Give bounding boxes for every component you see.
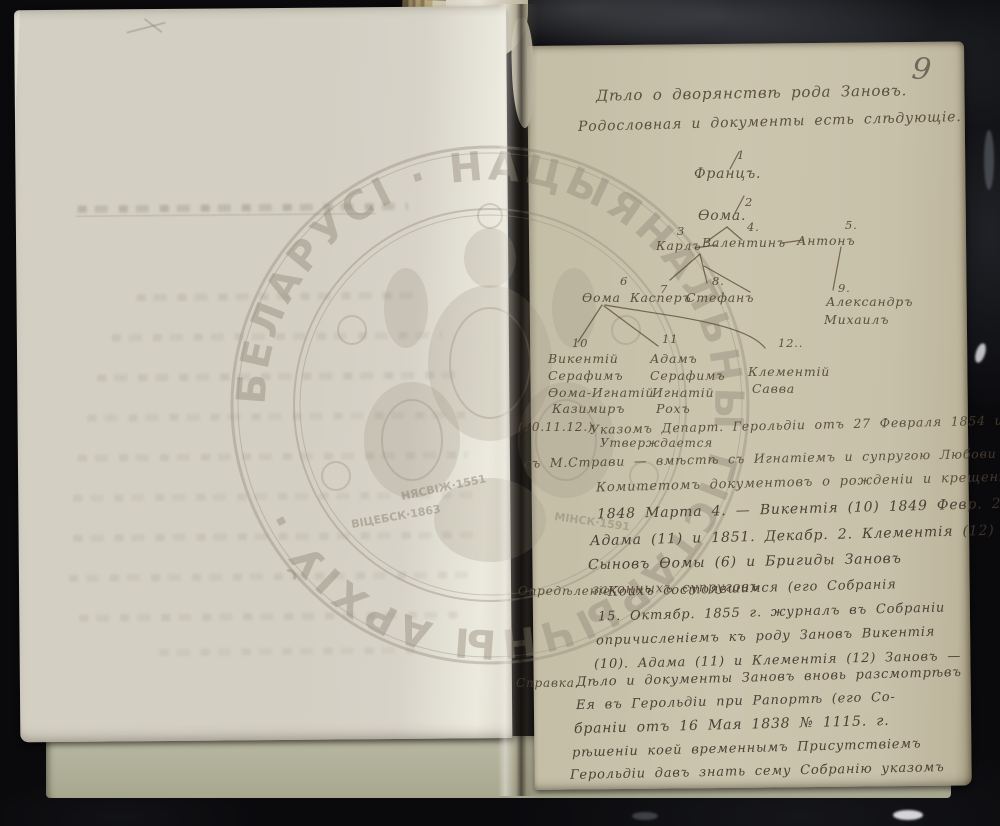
bleed-through-line	[97, 371, 457, 381]
left-page	[14, 6, 512, 742]
tree-name-vikentiy: Викентій	[548, 351, 619, 366]
bleed-through-line	[137, 292, 417, 301]
tree-name-mikhail: Михаилъ	[824, 312, 889, 327]
tree-name-valentin: Валентинъ	[702, 235, 786, 250]
folio-number: 9	[910, 51, 933, 88]
tree-name-rokh: Рохъ	[656, 401, 691, 416]
tree-name-karl: Карлъ	[656, 238, 701, 253]
tree-name-aleksandr: Александръ	[826, 294, 913, 309]
bleed-through-line	[112, 332, 442, 342]
tree-name-serafim-1: Серафимъ	[548, 368, 623, 383]
tree-name-serafim-2: Серафимъ	[650, 368, 725, 383]
tree-number-8: 8.	[712, 274, 725, 288]
tree-number-5: 5.	[845, 218, 858, 232]
tree-number-6: 6	[620, 274, 628, 288]
bleed-through-line	[88, 411, 468, 421]
archival-scan: БЕЛАРУСІ · НАЦЫЯНАЛЬНЫ ГІСТАРЫЧНЫ АРХІЎ …	[0, 0, 1000, 826]
tree-name-stefan: Стефанъ	[686, 290, 754, 305]
tree-name-kasper: Касперъ	[630, 290, 692, 305]
margin-note-opredelenie: Опредѣленіе	[518, 584, 611, 598]
tree-name-foma-ignatiy: Ѳома-Игнатій	[548, 385, 654, 400]
entry1-inserted-word: Утверждается	[600, 436, 713, 450]
gloss-highlight	[984, 130, 994, 190]
bleed-through-line	[73, 491, 473, 501]
tree-name-adam: Адамъ	[650, 351, 698, 366]
gloss-highlight	[893, 810, 923, 820]
gloss-highlight	[973, 342, 988, 364]
tree-number-12: 12..	[778, 336, 803, 350]
bleed-through-line	[74, 531, 474, 541]
tree-name-savva: Савва	[752, 381, 795, 396]
tree-name-anton: Антонъ	[797, 233, 855, 248]
bleed-through-line	[69, 571, 469, 581]
gutter-page-sliver	[510, 18, 536, 129]
tree-name-franc: Францъ.	[694, 166, 761, 182]
tree-number-4: 4.	[747, 220, 760, 234]
tree-number-10: 10	[572, 336, 588, 350]
tree-number-9: 9.	[838, 281, 851, 295]
pencil-mark	[144, 18, 162, 32]
tree-name-klementiy: Клементій	[748, 364, 830, 379]
tree-name-ignatiy: Игнатій	[652, 385, 714, 400]
tree-number-2: 2	[745, 195, 753, 209]
tree-number-1: 1	[737, 148, 745, 162]
bleed-through-line	[78, 203, 408, 213]
tree-name-foma-2: Ѳома	[582, 290, 621, 305]
tree-name-kazimir: Казимиръ	[552, 401, 625, 416]
tree-number-3: 3	[677, 224, 685, 238]
bleed-through-line	[79, 611, 459, 621]
tree-name-foma: Ѳома.	[698, 208, 746, 224]
bleed-through-line	[78, 451, 468, 461]
bleed-through-rule	[76, 213, 376, 217]
margin-note-spravka: Справка.	[516, 676, 579, 690]
tree-number-11: 11	[662, 332, 678, 346]
gloss-highlight	[632, 812, 658, 820]
bleed-through-line	[160, 647, 420, 656]
margin-note-10-11-12: (10.11.12.)	[518, 420, 593, 434]
